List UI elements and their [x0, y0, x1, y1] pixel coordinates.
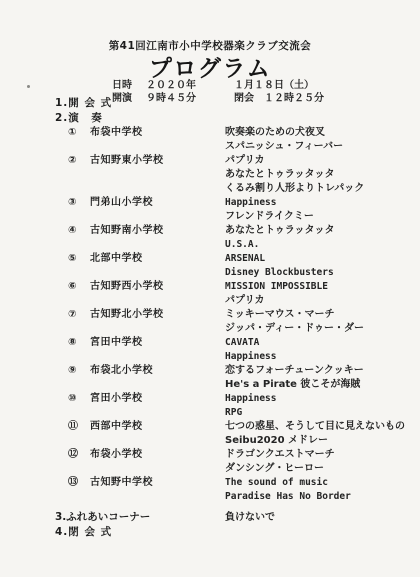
school-name: 宮田中学校: [90, 336, 225, 350]
scanned-program-page: 第41回江南市小中学校器楽クラブ交流会 プログラム 日時２０２０年１月１８日（土…: [0, 0, 420, 577]
program-number: ①: [68, 126, 90, 140]
date-row: 日時２０２０年１月１８日（土）: [112, 79, 324, 92]
program-number: ⑤: [68, 252, 90, 266]
program-number: ⑫: [68, 448, 90, 462]
song-title: あなたとトゥラッタッタ: [225, 168, 420, 182]
program-item: ⑪西部中学校七つの惑星、そうして目に見えないものSeibu2020 メドレー: [55, 420, 420, 448]
song-title: Happiness: [225, 196, 420, 210]
song-title: スパニッシュ・フィーバー: [225, 140, 420, 154]
song-title: Paradise Has No Border: [225, 490, 420, 504]
song-list: パプリカあなたとトゥラッタッタくるみ割り人形よりトレパック: [225, 154, 420, 196]
song-title: U.S.A.: [225, 238, 420, 252]
school-name: 布袋北小学校: [90, 364, 225, 378]
song-title: Disney Blockbusters: [225, 266, 420, 280]
song-list: あなたとトゥラッタッタU.S.A.: [225, 224, 420, 252]
school-name: 布袋小学校: [90, 448, 225, 462]
program-item: ③門弟山小学校Happinessフレンドライクミー: [55, 196, 420, 224]
program-item: ⑫布袋小学校ドラゴンクエストマーチダンシング・ヒーロー: [55, 448, 420, 476]
section-closing: 4.閉 会 式: [55, 525, 420, 540]
song-title: 吹奏楽のための犬夜叉: [225, 126, 420, 140]
program-item: ⑬古知野中学校The sound of musicParadise Has No…: [55, 476, 420, 504]
song-title: CAVATA: [225, 336, 420, 350]
song-title: くるみ割り人形よりトレパック: [225, 182, 420, 196]
scan-speck: [27, 85, 30, 88]
song-title: RPG: [225, 406, 420, 420]
program-number: ④: [68, 224, 90, 238]
date-detail: １月１８日（土）: [234, 80, 314, 91]
program-item: ①布袋中学校吹奏楽のための犬夜叉スパニッシュ・フィーバー: [55, 126, 420, 154]
song-title: Happiness: [225, 392, 420, 406]
song-list: MISSION IMPOSSIBLEパプリカ: [225, 280, 420, 308]
song-list: HappinessRPG: [225, 392, 420, 420]
song-title: あなたとトゥラッタッタ: [225, 224, 420, 238]
song-title: ジッパ・ディー・ドゥー・ダー: [225, 322, 420, 336]
song-list: ミッキーマウス・マーチジッパ・ディー・ドゥー・ダー: [225, 308, 420, 336]
program-item: ⑥古知野西小学校MISSION IMPOSSIBLEパプリカ: [55, 280, 420, 308]
program-number: ②: [68, 154, 90, 168]
program-list: ①布袋中学校吹奏楽のための犬夜叉スパニッシュ・フィーバー②古知野東小学校パプリカ…: [55, 126, 420, 504]
program-item: ②古知野東小学校パプリカあなたとトゥラッタッタくるみ割り人形よりトレパック: [55, 154, 420, 196]
school-name: 古知野北小学校: [90, 308, 225, 322]
school-name: 北部中学校: [90, 252, 225, 266]
school-name: 古知野西小学校: [90, 280, 225, 294]
program-item: ⑧宮田中学校CAVATAHappiness: [55, 336, 420, 364]
program-body: 1.開 会 式 2.演 奏 ①布袋中学校吹奏楽のための犬夜叉スパニッシュ・フィー…: [0, 96, 420, 540]
song-title: ダンシング・ヒーロー: [225, 462, 420, 476]
school-name: 宮田小学校: [90, 392, 225, 406]
fureai-label: 3.ふれあいコーナー: [55, 510, 225, 525]
program-item: ⑤北部中学校ARSENALDisney Blockbusters: [55, 252, 420, 280]
section-fureai: 3.ふれあいコーナー 負けないで: [55, 510, 420, 525]
school-name: 古知野南小学校: [90, 224, 225, 238]
program-number: ③: [68, 196, 90, 210]
section-opening: 1.開 会 式: [55, 96, 420, 111]
section-performance: 2.演 奏: [55, 111, 420, 126]
song-title: ミッキーマウス・マーチ: [225, 308, 420, 322]
school-name: 古知野中学校: [90, 476, 225, 490]
program-item: ④古知野南小学校あなたとトゥラッタッタU.S.A.: [55, 224, 420, 252]
school-name: 布袋中学校: [90, 126, 225, 140]
date-year: ２０２０年: [146, 79, 234, 92]
song-title: ARSENAL: [225, 252, 420, 266]
song-title: He's a Pirate 彼こそが海賊: [225, 378, 420, 392]
program-item: ⑨布袋北小学校恋するフォーチューンクッキーHe's a Pirate 彼こそが海…: [55, 364, 420, 392]
program-number: ⑨: [68, 364, 90, 378]
song-title: Happiness: [225, 350, 420, 364]
song-title: 七つの惑星、そうして目に見えないもの: [225, 420, 420, 434]
program-item: ⑩宮田小学校HappinessRPG: [55, 392, 420, 420]
song-title: パプリカ: [225, 154, 420, 168]
date-label: 日時: [112, 79, 146, 92]
song-list: ARSENALDisney Blockbusters: [225, 252, 420, 280]
program-number: ⑥: [68, 280, 90, 294]
song-title: MISSION IMPOSSIBLE: [225, 280, 420, 294]
program-number: ⑦: [68, 308, 90, 322]
school-name: 門弟山小学校: [90, 196, 225, 210]
song-title: パプリカ: [225, 294, 420, 308]
school-name: 古知野東小学校: [90, 154, 225, 168]
program-number: ⑬: [68, 476, 90, 490]
song-title: ドラゴンクエストマーチ: [225, 448, 420, 462]
fureai-song: 負けないで: [225, 510, 275, 525]
program-number: ⑪: [68, 420, 90, 434]
song-title: 恋するフォーチューンクッキー: [225, 364, 420, 378]
song-list: 恋するフォーチューンクッキーHe's a Pirate 彼こそが海賊: [225, 364, 420, 392]
program-item: ⑦古知野北小学校ミッキーマウス・マーチジッパ・ディー・ドゥー・ダー: [55, 308, 420, 336]
program-number: ⑩: [68, 392, 90, 406]
song-list: 吹奏楽のための犬夜叉スパニッシュ・フィーバー: [225, 126, 420, 154]
song-title: フレンドライクミー: [225, 210, 420, 224]
program-number: ⑧: [68, 336, 90, 350]
song-list: The sound of musicParadise Has No Border: [225, 476, 420, 504]
song-list: 七つの惑星、そうして目に見えないものSeibu2020 メドレー: [225, 420, 420, 448]
song-title: The sound of music: [225, 476, 420, 490]
song-list: CAVATAHappiness: [225, 336, 420, 364]
song-title: Seibu2020 メドレー: [225, 434, 420, 448]
song-list: Happinessフレンドライクミー: [225, 196, 420, 224]
school-name: 西部中学校: [90, 420, 225, 434]
song-list: ドラゴンクエストマーチダンシング・ヒーロー: [225, 448, 420, 476]
